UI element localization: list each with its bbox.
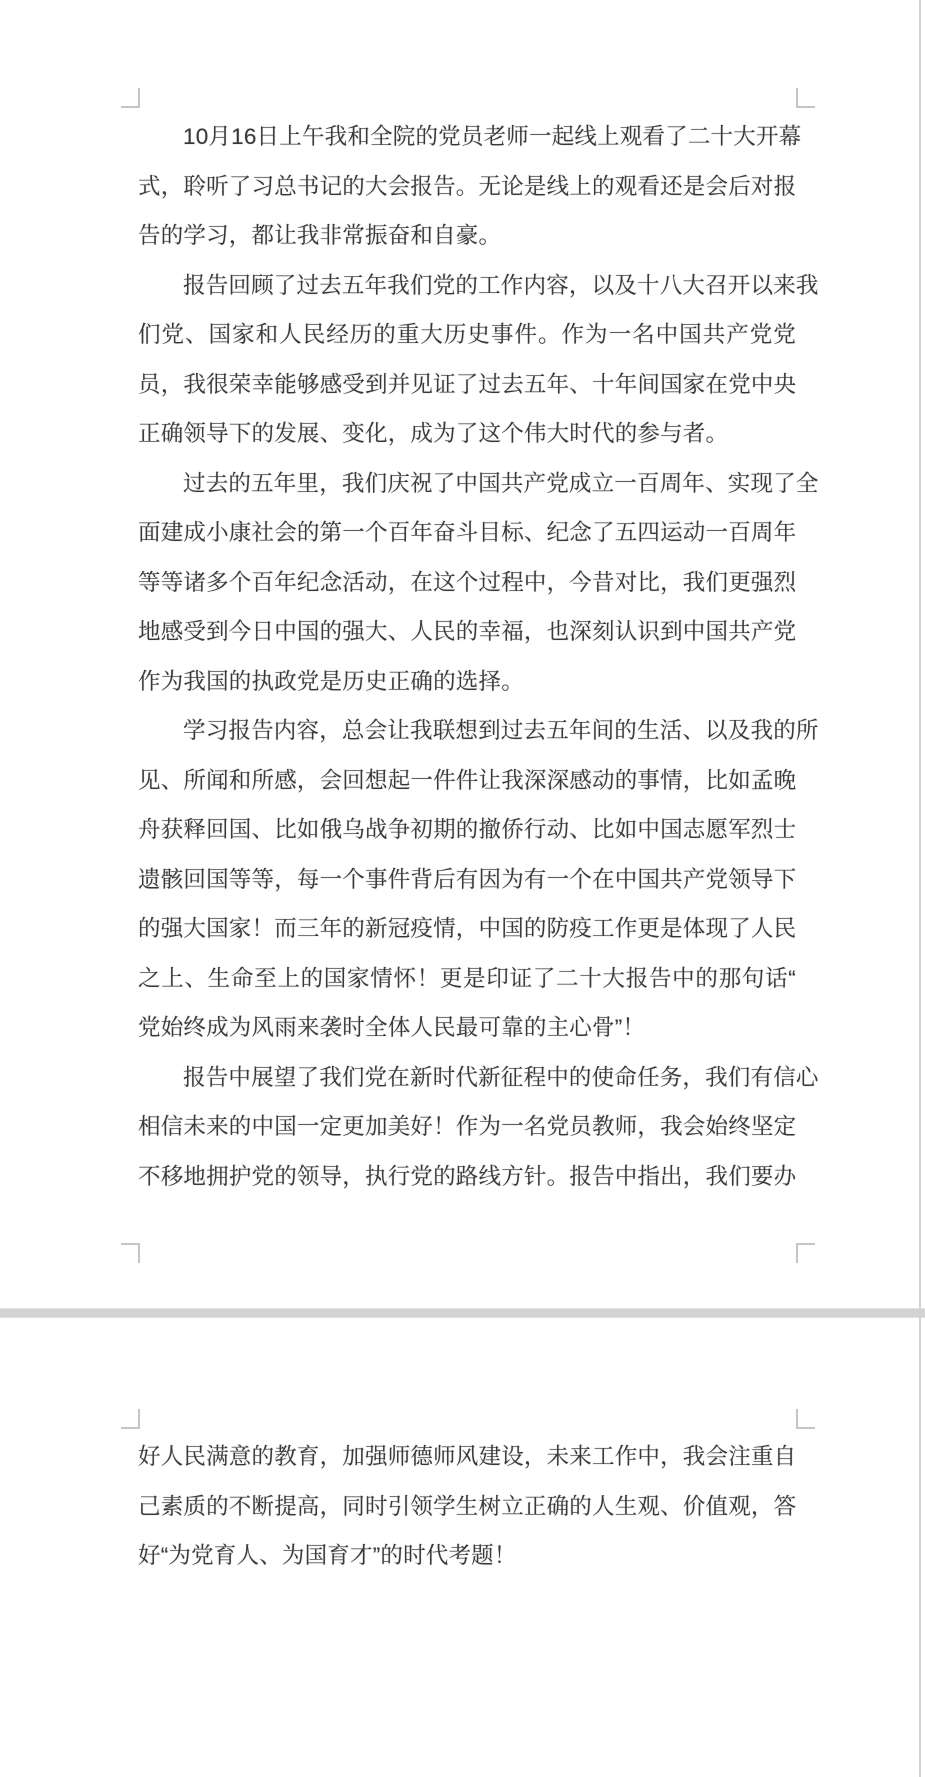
page-break-divider bbox=[0, 1308, 925, 1318]
text-line: 告的学习，都让我非常振奋和自豪。 bbox=[138, 211, 796, 261]
text-line: 之上、生命至上的国家情怀！更是印证了二十大报告中的那句话“ bbox=[138, 954, 796, 1004]
text-line: 相信未来的中国一定更加美好！作为一名党员教师，我会始终坚定 bbox=[138, 1102, 796, 1152]
text-line: 10月16日上午我和全院的党员老师一起线上观看了二十大开幕 bbox=[138, 112, 796, 162]
page2-top-right-corner-mark bbox=[796, 1409, 815, 1429]
text-line: 见、所闻和所感，会回想起一件件让我深深感动的事情，比如孟晚 bbox=[138, 756, 796, 806]
text-line: 员，我很荣幸能够感受到并见证了过去五年、十年间国家在党中央 bbox=[138, 360, 796, 410]
text-line: 式，聆听了习总书记的大会报告。无论是线上的观看还是会后对报 bbox=[138, 162, 796, 212]
page1-bottom-right-corner-mark bbox=[796, 1243, 815, 1263]
text-line: 地感受到今日中国的强大、人民的幸福，也深刻认识到中国共产党 bbox=[138, 607, 796, 657]
text-line: 等等诸多个百年纪念活动，在这个过程中，今昔对比，我们更强烈 bbox=[138, 558, 796, 608]
page1-bottom-left-corner-mark bbox=[121, 1243, 140, 1263]
page1-top-left-corner-mark bbox=[121, 88, 140, 108]
text-line: 学习报告内容，总会让我联想到过去五年间的生活、以及我的所 bbox=[138, 706, 796, 756]
text-line: 面建成小康社会的第一个百年奋斗目标、纪念了五四运动一百周年 bbox=[138, 508, 796, 558]
text-line: 过去的五年里，我们庆祝了中国共产党成立一百周年、实现了全 bbox=[138, 459, 796, 509]
viewer-right-edge-line bbox=[919, 0, 921, 1777]
text-line: 好“为党育人、为国育才”的时代考题！ bbox=[138, 1531, 796, 1581]
text-line: 报告回顾了过去五年我们党的工作内容，以及十八大召开以来我 bbox=[138, 261, 796, 311]
text-line: 不移地拥护党的领导，执行党的路线方针。报告中指出，我们要办 bbox=[138, 1152, 796, 1202]
text-line: 舟获释回国、比如俄乌战争初期的撤侨行动、比如中国志愿军烈士 bbox=[138, 805, 796, 855]
text-line: 作为我国的执政党是历史正确的选择。 bbox=[138, 657, 796, 707]
text-line: 己素质的不断提高，同时引领学生树立正确的人生观、价值观，答 bbox=[138, 1482, 796, 1532]
page1-top-right-corner-mark bbox=[796, 88, 815, 108]
page2-text-body: 好人民满意的教育，加强师德师风建设，未来工作中，我会注重自 己素质的不断提高，同… bbox=[138, 1432, 796, 1581]
page2-top-left-corner-mark bbox=[121, 1409, 140, 1429]
text-line: 遗骸回国等等，每一个事件背后有因为有一个在中国共产党领导下 bbox=[138, 855, 796, 905]
text-line: 的强大国家！而三年的新冠疫情，中国的防疫工作更是体现了人民 bbox=[138, 904, 796, 954]
text-line: 好人民满意的教育，加强师德师风建设，未来工作中，我会注重自 bbox=[138, 1432, 796, 1482]
page1-text-body: 10月16日上午我和全院的党员老师一起线上观看了二十大开幕 式，聆听了习总书记的… bbox=[138, 112, 796, 1201]
document-viewer[interactable]: 10月16日上午我和全院的党员老师一起线上观看了二十大开幕 式，聆听了习总书记的… bbox=[0, 0, 925, 1777]
text-line: 报告中展望了我们党在新时代新征程中的使命任务，我们有信心 bbox=[138, 1053, 796, 1103]
text-line: 党始终成为风雨来袭时全体人民最可靠的主心骨”！ bbox=[138, 1003, 796, 1053]
text-line: 正确领导下的发展、变化，成为了这个伟大时代的参与者。 bbox=[138, 409, 796, 459]
text-line: 们党、国家和人民经历的重大历史事件。作为一名中国共产党党 bbox=[138, 310, 796, 360]
